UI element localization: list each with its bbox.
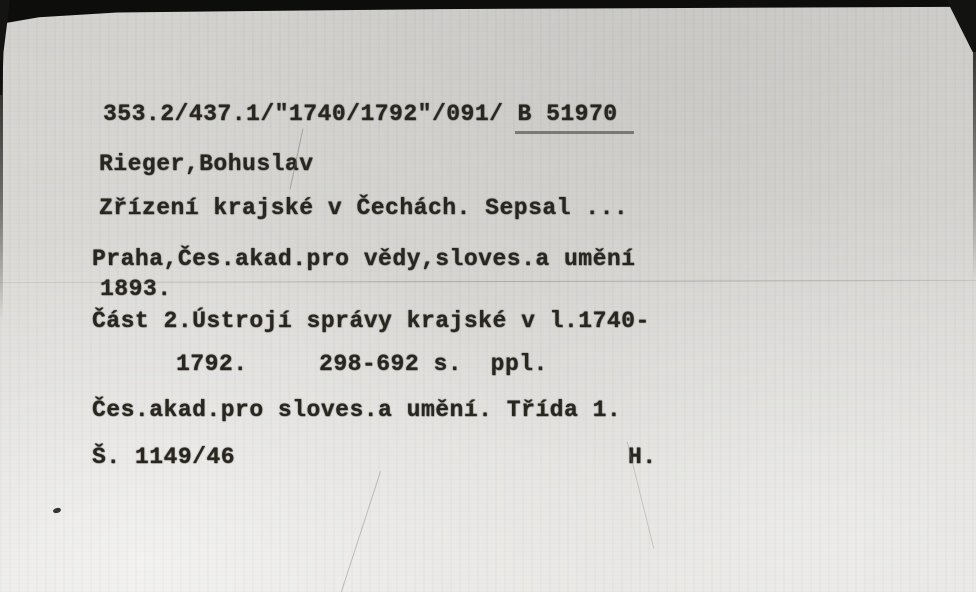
series-note-line: Čes.akad.pro sloves.a umění. Třída 1. <box>92 399 621 422</box>
author-line: Rieger,Bohuslav <box>99 153 314 176</box>
accession-number: Š. 1149/46 <box>92 446 235 469</box>
scan-edge-left-line <box>0 60 3 320</box>
signature-shelf-mark: B 51970 <box>515 103 633 134</box>
part-description-line-1: Část 2.Ústrojí správy krajské v l.1740- <box>92 310 650 333</box>
classification-number: 353.2/437.1/"1740/1792"/091/ <box>103 101 503 127</box>
call-number-line: 353.2/437.1/"1740/1792"/091/B 51970 <box>103 103 634 134</box>
part-description-line-2: 1792. 298-692 s. ppl. <box>176 353 548 376</box>
scanned-catalog-card: 353.2/437.1/"1740/1792"/091/B 51970 Rieg… <box>0 0 976 592</box>
imprint-line: Praha,Čes.akad.pro vědy,sloves.a umění <box>92 248 636 271</box>
title-line: Zřízení krajské v Čechách. Sepsal ... <box>99 197 628 220</box>
typewritten-text-layer: 353.2/437.1/"1740/1792"/091/B 51970 Rieg… <box>0 0 976 592</box>
